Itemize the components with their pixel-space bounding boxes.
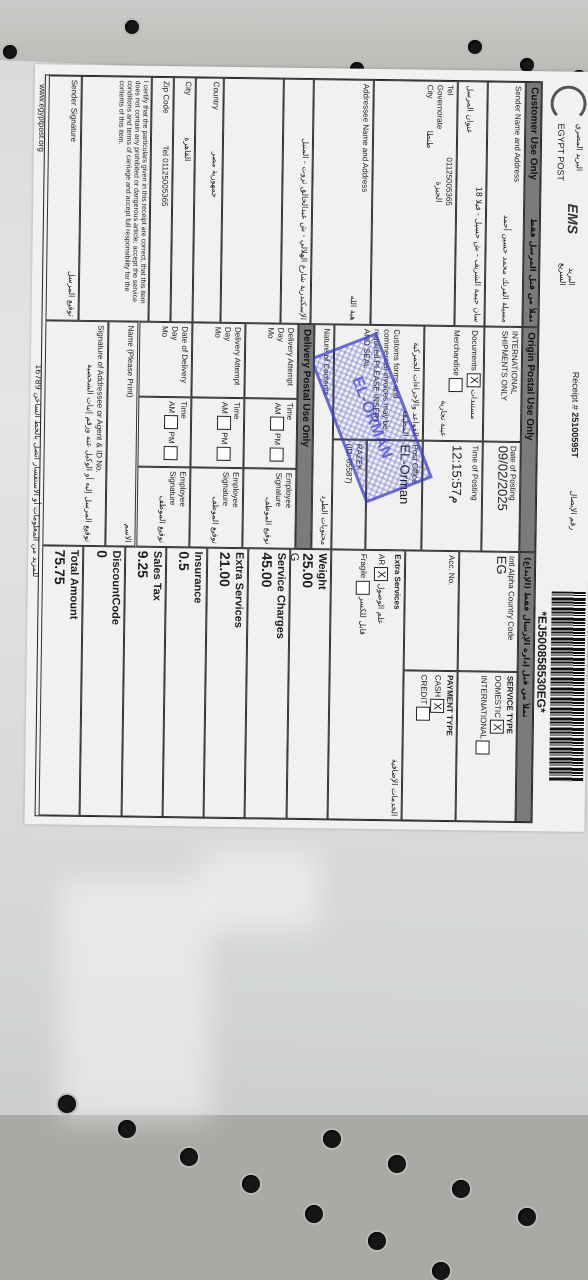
sender-city: طنطا (425, 131, 434, 149)
charge-value: 25.00 (297, 553, 317, 815)
ar-checkbox[interactable]: X (374, 567, 388, 581)
receipt-grid: Customer Use Only تملأ من قبل المرسل فقط… (35, 74, 543, 823)
glare (200, 850, 320, 930)
country-code: Intl Alpha Country Code EG (458, 551, 520, 672)
intl-shipments: INTERNATIONAL SHIPMENTS ONLY (483, 326, 523, 442)
declaration: I certify that the particulars given in … (78, 76, 151, 322)
sales-tax-field: Sales Tax9.25 (121, 546, 166, 817)
employee-signature-cell[interactable]: Employee Signatureتوقيع الموظف (242, 468, 296, 549)
posting-date: 09/02/2025 (496, 446, 507, 548)
website: www.egyptpost.org (37, 84, 47, 152)
time-of-posting: Time of Posting 12:15:57م (421, 441, 483, 552)
pm-label: PM (273, 433, 282, 445)
payment-type: PAYMENT TYPE CASH X CREDIT (402, 670, 458, 821)
addressee-signature-field[interactable]: Signature of Addressee or Agent & ID No.… (42, 320, 108, 546)
service-charges-field: Service Charges45.00 (245, 548, 290, 819)
am-label: AM (220, 402, 229, 414)
charge-value: 0 (90, 550, 110, 812)
delivery-time-cell: TimeAM PM (243, 398, 297, 469)
delivery-day-cell[interactable]: Delivery AttemptDayMo (191, 322, 245, 398)
peg-hole (180, 1148, 198, 1166)
addressee-address-field[interactable]: الإسكندرية شارع الهلالي - ش عبدالخالق ثر… (280, 79, 313, 324)
posting-time: 12:15:57م (450, 445, 461, 547)
charge-label: DiscountCode (109, 550, 122, 625)
merchandise-checkbox[interactable] (449, 378, 463, 392)
employee-signature-label-ar: توقيع الموظف (262, 472, 273, 544)
pm-checkbox[interactable] (164, 446, 178, 460)
day-value: Mo (211, 327, 222, 394)
addressee-tel: 01125005365 (160, 158, 170, 206)
addressee-field[interactable]: Addressee Name and Address هبة الله (310, 79, 373, 325)
am-checkbox[interactable] (164, 415, 178, 429)
charge-label: Extra Services (233, 552, 246, 628)
charge-value: 0.5 (173, 551, 193, 813)
peg-hole (518, 1208, 536, 1226)
employee-signature-label-ar: توقيع الموظف (209, 472, 220, 544)
am-checkbox[interactable] (270, 417, 284, 431)
total-amount-field: Total Amount75.75 (39, 545, 84, 816)
logo-area: البريد المصري EGYPT POST EMS البريد السر… (540, 85, 588, 286)
domestic-checkbox[interactable]: X (490, 720, 504, 734)
peg-hole (125, 20, 139, 34)
brand-arabic: البريد المصري (575, 124, 585, 171)
delivery-time-cell: TimeAM PM (190, 397, 244, 468)
addressee-country: جمهورية مصر (210, 152, 220, 198)
peg-hole (468, 40, 482, 54)
documents-checkbox[interactable]: X (467, 373, 481, 387)
receipt-label-ar: رقم الإيصال (569, 490, 579, 530)
cash-checkbox[interactable]: X (430, 699, 444, 713)
tracking-note: تملأ من قبل إدارة الإرسال فقط (الإيداع) (516, 552, 536, 822)
country-field[interactable]: Country جمهورية مصر (192, 77, 223, 322)
delivery-time-cell: TimeAM PM (137, 397, 191, 468)
employee-signature-label: Employee Signature (166, 471, 187, 543)
service-type: SERVICE TYPE DOMESTIC X INTERNATIONAL (456, 671, 518, 822)
charge-value: 75.75 (49, 549, 69, 811)
delivery-row-label: Date of Delivery (178, 326, 189, 393)
pm-label: PM (167, 432, 176, 444)
sender-governorate: الجيزة (434, 181, 443, 202)
peg-hole (368, 1232, 386, 1250)
city-field[interactable]: City القاهرة (170, 77, 195, 322)
addressee-address: الإسكندرية شارع الهلالي - ش عبدالخالق ثر… (298, 83, 311, 320)
time-label: Time (283, 403, 294, 465)
addressee-label: Addressee Name and Address (358, 84, 371, 321)
day-value: Mo (158, 326, 169, 393)
delivery-row-label: Delivery Attempt (231, 327, 242, 394)
zip-field[interactable]: Zip Code Tel 01125005365 (148, 77, 173, 322)
declaration-text: I certify that the particulars given in … (114, 80, 149, 317)
peg-hole (432, 1262, 450, 1280)
am-checkbox[interactable] (217, 416, 231, 430)
origin-header: Origin Postal Use Only (519, 327, 538, 552)
receipt-value: 25100595T (570, 412, 581, 458)
acc-no[interactable]: Acc. No. (404, 550, 460, 671)
glare (60, 880, 210, 1120)
charge-value: 9.25 (131, 551, 151, 813)
ems-logo: EMS (565, 204, 581, 235)
charge-value: 45.00 (255, 552, 275, 814)
name-print-field[interactable]: Name (Please Print) الاسم (105, 321, 138, 546)
credit-checkbox[interactable] (416, 706, 430, 720)
peg-hole (58, 1095, 76, 1113)
receipt-rotated: البريد المصري EGYPT POST EMS البريد السر… (24, 64, 588, 832)
employee-signature-cell[interactable]: Employee Signatureتوقيع الموظف (136, 467, 190, 548)
tracking-number: *EJ500858530EG* (534, 611, 549, 713)
insurance-field: Insurance0.5 (162, 547, 207, 818)
pegboard-bottom (0, 1115, 588, 1280)
peg-hole (305, 1205, 323, 1223)
barcode (549, 591, 586, 781)
sender-label: Sender Name and Address (509, 86, 522, 323)
peg-hole (452, 1180, 470, 1198)
sender-signature-field[interactable]: Sender Signature توقيع المرسل (45, 75, 81, 320)
delivery-row-label: Delivery Attempt (284, 328, 295, 395)
international-checkbox[interactable] (475, 741, 489, 755)
sender-address-field[interactable]: سان جيمة الشريف - ش حسيل - فيلا 18 عنوان… (454, 81, 487, 326)
fragile-checkbox[interactable] (356, 580, 370, 594)
weight-field: Weight25.00 G (286, 549, 331, 820)
day-value: Mo (264, 327, 275, 394)
customer-header: Customer Use Only تملأ من قبل المرسل فقط (522, 82, 541, 327)
charge-label: Sales Tax (150, 551, 163, 601)
addressee-city: القاهرة (183, 137, 192, 161)
sender-name-field[interactable]: Sender Name and Address مسيلة الفرنك محم… (484, 82, 525, 328)
peg-hole (242, 1175, 260, 1193)
receipt-number: Receipt # 25100595T رقم الإيصال (569, 372, 581, 530)
charge-label: Total Amount (68, 550, 81, 620)
employee-signature-label: Employee Signature (219, 472, 240, 544)
extra-services: Extra Services الخدمات الإضافية AR X علم… (328, 549, 406, 820)
time-label: Time (177, 401, 188, 463)
delivery-day-cell[interactable]: Date of DeliveryDayMo (138, 322, 192, 398)
am-label: AM (167, 401, 176, 413)
pm-checkbox[interactable] (270, 447, 284, 461)
charge-label: Insurance (192, 551, 205, 603)
peg-hole (323, 1130, 341, 1148)
am-label: AM (273, 403, 282, 415)
extra-services-charge-field: Extra Services21.00 (204, 548, 249, 819)
discount-field: DiscountCode0 (80, 546, 125, 817)
peg-hole (3, 45, 17, 59)
delivery-day-cell[interactable]: Delivery AttemptDayMo (244, 323, 298, 399)
contents-type: Documents X مستندات Merchandise عينة تجا… (423, 326, 485, 442)
sender-contact-field[interactable]: Tel 01125005365 Governorate الجيزة City … (370, 80, 457, 326)
charge-label: Service Charges (274, 553, 287, 639)
egypt-post-logo-icon (550, 85, 586, 121)
date-of-posting: Date of Posting 09/02/2025 (481, 441, 521, 552)
charge-label: Weight (316, 553, 329, 590)
employee-signature-label: Employee Signature (272, 473, 293, 545)
charge-value: 21.00 (214, 552, 234, 814)
pm-checkbox[interactable] (217, 446, 231, 460)
peg-hole (388, 1155, 406, 1173)
sender-tel: 01125005365 (444, 157, 454, 205)
pm-label: PM (220, 432, 229, 444)
peg-hole (520, 58, 534, 72)
addressee-blank[interactable] (220, 78, 283, 324)
employee-signature-cell[interactable]: Employee Signatureتوقيع الموظف (189, 467, 243, 548)
peg-hole (118, 1120, 136, 1138)
time-label: Time (230, 402, 241, 464)
ems-receipt: البريد المصري EGYPT POST EMS البريد السر… (24, 64, 588, 832)
employee-signature-label-ar: توقيع الموظف (156, 471, 167, 543)
ems-arabic: البريد السريع (558, 244, 577, 286)
delivery-header: Delivery Postal Use Only (295, 324, 314, 549)
receipt-label: Receipt # (570, 372, 581, 410)
brand-english: EGYPT POST (555, 123, 566, 180)
